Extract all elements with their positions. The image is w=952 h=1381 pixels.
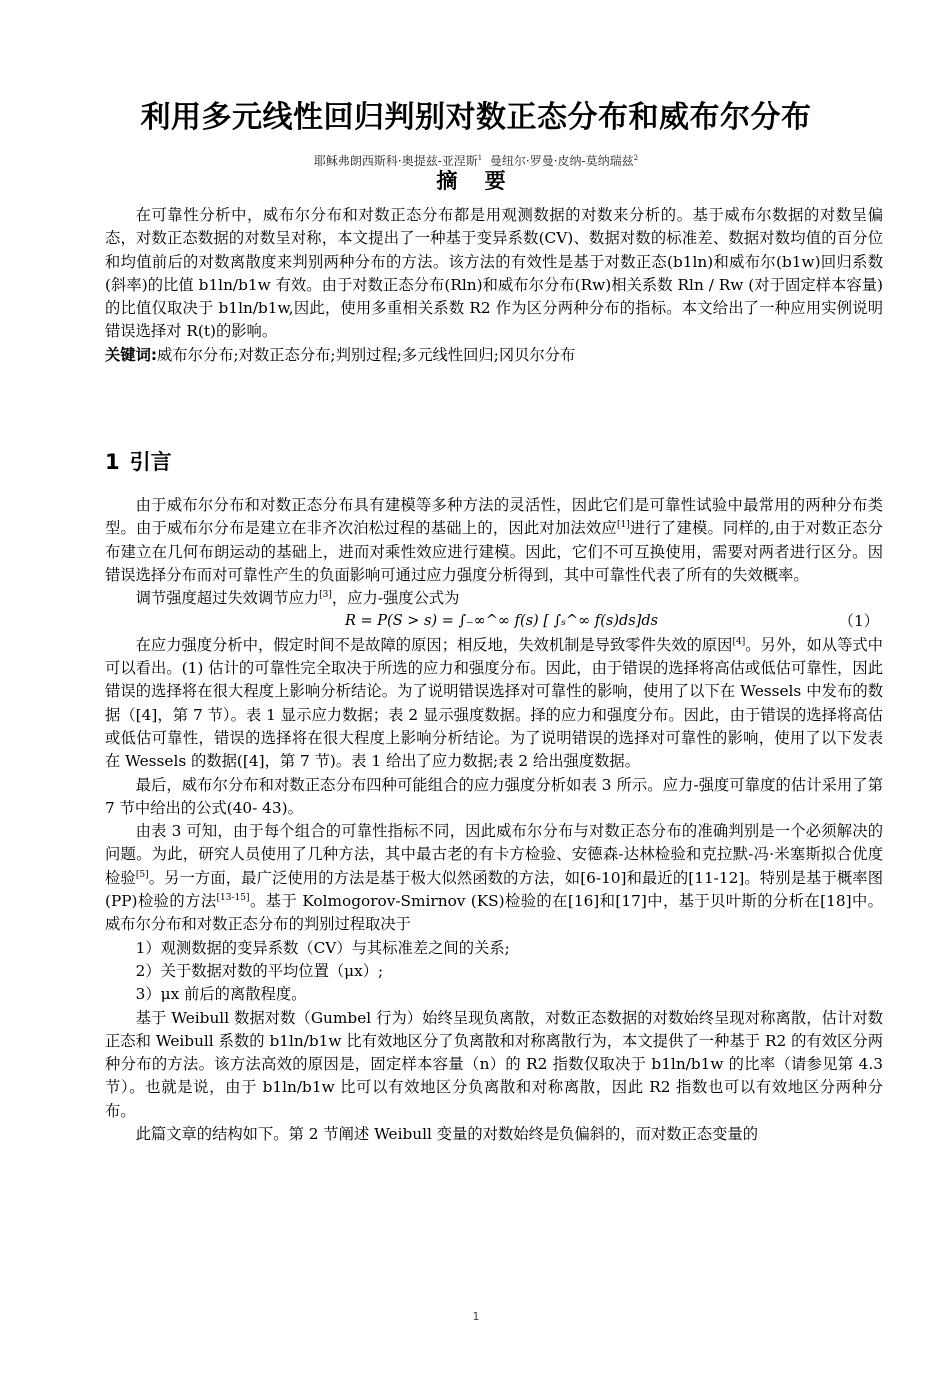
paper-title: 利用多元线性回归判别对数正态分布和威布尔分布 <box>0 92 952 136</box>
citation: [1] <box>617 520 630 530</box>
keywords-label: 关键词: <box>105 346 157 364</box>
section-heading-introduction: 1引言 <box>105 446 172 476</box>
stress-strength-formula: R = P(S > s) = ∫₋∞^∞ f(s) [ ∫ₛ^∞ f(s)ds]… <box>345 610 658 633</box>
equation-1: R = P(S > s) = ∫₋∞^∞ f(s) [ ∫ₛ^∞ f(s)ds]… <box>105 610 883 633</box>
citation: [3] <box>319 590 332 600</box>
paper-page: 利用多元线性回归判别对数正态分布和威布尔分布 耶稣弗朗西斯科·奥提兹-亚涅斯1 … <box>0 0 952 1381</box>
citation: [4] <box>732 637 745 647</box>
page-number: 1 <box>0 1310 952 1323</box>
list-item: 1）观测数据的变异系数（CV）与其标准差之间的关系; <box>105 937 883 960</box>
intro-paragraph-1: 由于威布尔分布和对数正态分布具有建模等多种方法的灵活性，因此它们是可靠性试验中最… <box>105 494 883 587</box>
list-item: 2）关于数据对数的平均位置（μx）; <box>105 960 883 983</box>
abstract-heading: 摘 要 <box>0 165 952 195</box>
intro-paragraph-2: 调节强度超过失效调节应力[3]，应力-强度公式为 <box>105 587 883 610</box>
section-number: 1 <box>105 450 120 474</box>
author-2-affiliation: 2 <box>634 154 638 162</box>
keywords: 关键词:威布尔分布;对数正态分布;判别过程;多元线性回归;冈贝尔分布 <box>105 344 883 367</box>
equation-number: （1） <box>839 610 879 633</box>
intro-paragraph-4: 最后，威布尔分布和对数正态分布四种可能组合的应力强度分析如表 3 所示。应力-强… <box>105 774 883 821</box>
keywords-list: 威布尔分布;对数正态分布;判别过程;多元线性回归;冈贝尔分布 <box>157 346 575 364</box>
intro-paragraph-7: 此篇文章的结构如下。第 2 节阐述 Weibull 变量的对数始终是负偏斜的，而… <box>105 1123 883 1146</box>
citation: [5] <box>136 870 149 880</box>
intro-paragraph-5: 由表 3 可知，由于每个组合的可靠性指标不同，因此威布尔分布与对数正态分布的准确… <box>105 820 883 936</box>
intro-paragraph-3: 在应力强度分析中，假定时间不是故障的原因；相反地，失效机制是导致零件失效的原因[… <box>105 634 883 774</box>
list-item: 3）μx 前后的离散程度。 <box>105 983 883 1006</box>
abstract-block: 在可靠性分析中，威布尔分布和对数正态分布都是用观测数据的对数来分析的。基于威布尔… <box>105 204 883 367</box>
abstract-body: 在可靠性分析中，威布尔分布和对数正态分布都是用观测数据的对数来分析的。基于威布尔… <box>105 204 883 344</box>
intro-paragraph-6: 基于 Weibull 数据对数（Gumbel 行为）始终呈现负离散，对数正态数据… <box>105 1007 883 1123</box>
introduction-body: 由于威布尔分布和对数正态分布具有建模等多种方法的灵活性，因此它们是可靠性试验中最… <box>105 494 883 1146</box>
section-title: 引言 <box>130 450 172 474</box>
author-1-affiliation: 1 <box>478 154 482 162</box>
citation: [13-15] <box>217 893 250 903</box>
